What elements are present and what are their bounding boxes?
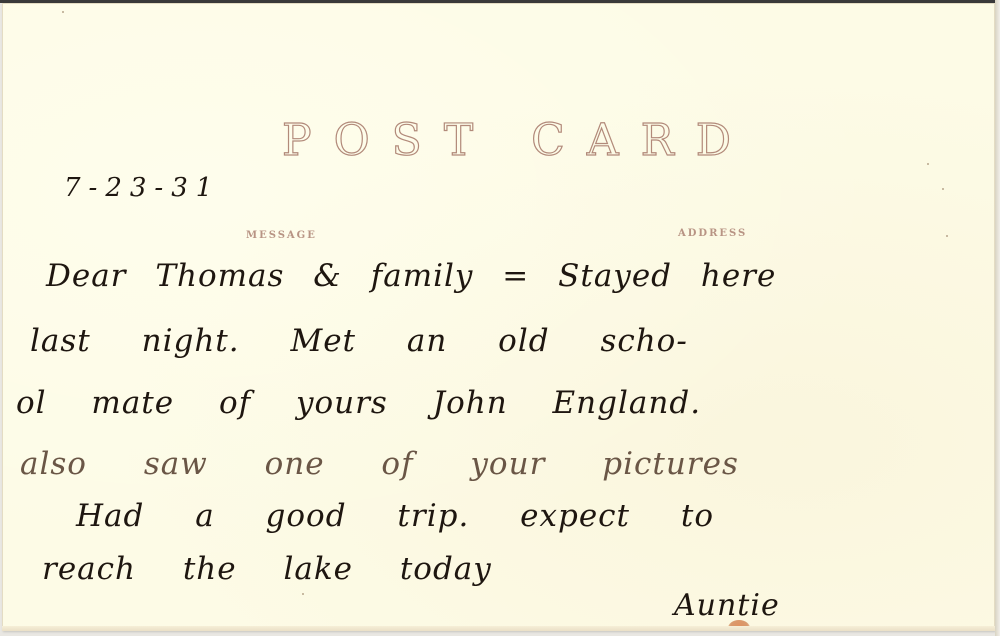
message-label: MESSAGE — [246, 230, 317, 241]
paper-speck — [942, 188, 944, 190]
paper-speck — [62, 11, 64, 13]
handwritten-date: 7-23-31 — [64, 173, 220, 203]
ink-stain — [728, 620, 750, 631]
message-line-1: Dear Thomas & family = Stayed here — [46, 258, 776, 294]
postcard-printed-title: POST CARD — [282, 115, 757, 166]
message-line-5: Had a good trip. expect to — [76, 498, 714, 534]
signature: Auntie — [674, 588, 780, 623]
message-line-2: last night. Met an old scho- — [30, 323, 688, 359]
paper-speck — [302, 593, 304, 595]
postcard: POST CARD MESSAGE ADDRESS 7-23-31 Dear T… — [2, 3, 995, 631]
message-line-3: ol mate of yours John England. — [16, 385, 701, 421]
message-line-4: also saw one of your pictures — [20, 446, 739, 482]
address-label: ADDRESS — [678, 228, 747, 239]
message-line-6: reach the lake today — [42, 551, 492, 587]
paper-speck — [927, 163, 929, 165]
scan-right-edge — [995, 0, 1000, 636]
paper-speck — [946, 235, 948, 237]
